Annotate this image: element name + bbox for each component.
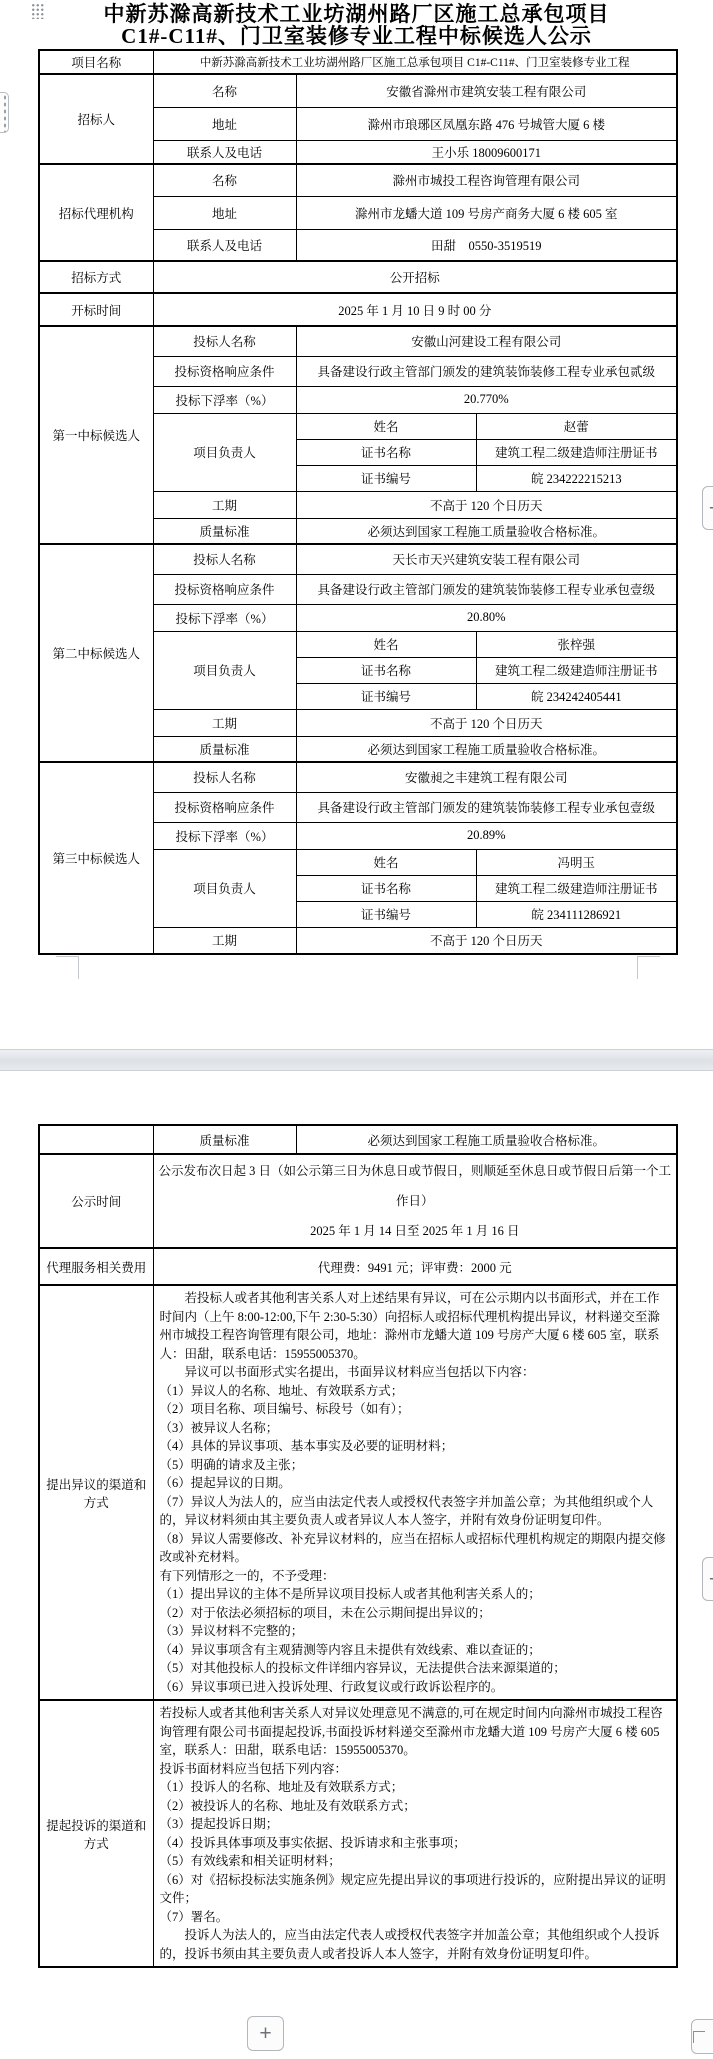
agency-contact-label: 联系人及电话 [153, 229, 296, 261]
candidate-1-cert-name-label: 证书名称 [296, 439, 476, 465]
candidate-2-quality-label: 质量标准 [153, 736, 296, 762]
candidate-1-qualification-value: 具备建设行政主管部门颁发的建筑装饰装修工程专业承包贰级 [296, 356, 677, 386]
tender-method-label: 招标方式 [39, 261, 153, 293]
tenderer-name-label: 名称 [153, 74, 296, 107]
candidate-3-cert-name-label: 证书名称 [296, 875, 476, 901]
candidate-3-discount-label: 投标下浮率（%） [153, 822, 296, 849]
candidate-2-cert-no-value: 皖 234242405441 [476, 683, 677, 709]
candidate-1-person-value: 赵蕾 [476, 413, 677, 439]
project-name-label: 项目名称 [39, 50, 153, 74]
candidate-3-discount-value: 20.89% [296, 822, 677, 849]
margin-mark [638, 956, 660, 957]
candidate-2-qualification-label: 投标资格响应条件 [153, 574, 296, 604]
agency-name-value: 滁州市城投工程咨询管理有限公司 [296, 164, 677, 196]
candidate-3-manager-label: 项目负责人 [153, 849, 296, 927]
candidate-3-cert-no-value: 皖 234111286921 [476, 901, 677, 927]
announcement-table-page1: 项目名称 中新苏滁高新技术工业坊湖州路厂区施工总承包项目 C1#-C11#、门卫… [38, 49, 678, 955]
candidate-2-cert-no-label: 证书编号 [296, 683, 476, 709]
publicity-period-value: 公示发布次日起 3 日（如公示第三日为休息日或节假日，则顺延至休息日或节假日后第… [153, 1154, 677, 1248]
zoom-in-button[interactable]: + [702, 1557, 713, 1601]
tenderer-label: 招标人 [39, 74, 153, 164]
candidate-1-discount-label: 投标下浮率（%） [153, 386, 296, 413]
candidate-1-bidder-value: 安徽山河建设工程有限公司 [296, 326, 677, 356]
candidate-2-duration-value: 不高于 120 个日历天 [296, 709, 677, 736]
candidate-3-cert-name-value: 建筑工程二级建造师注册证书 [476, 875, 677, 901]
agency-fees-value: 代理费：9491 元；评审费：2000 元 [153, 1248, 677, 1285]
candidate-2-person-value: 张梓强 [476, 631, 677, 657]
agency-name-label: 名称 [153, 164, 296, 196]
candidate-1-quality-label: 质量标准 [153, 518, 296, 544]
candidate-1-cert-no-value: 皖 234222215213 [476, 465, 677, 491]
candidate-1-cert-no-label: 证书编号 [296, 465, 476, 491]
page-1: 中新苏滁高新技术工业坊湖州路厂区施工总承包项目 C1#-C11#、门卫室装修专业… [0, 0, 713, 1049]
agency-label: 招标代理机构 [39, 164, 153, 261]
agency-address-label: 地址 [153, 196, 296, 229]
agency-contact-value: 田甜 0550-3519519 [296, 229, 677, 261]
objection-channel-text: 若投标人或者其他利害关系人对上述结果有异议，可在公示期内以书面形式，并在工作时间… [153, 1285, 677, 1700]
document-title: 中新苏滁高新技术工业坊湖州路厂区施工总承包项目 C1#-C11#、门卫室装修专业… [0, 0, 713, 47]
margin-mark [637, 956, 638, 979]
table-drag-handle-icon[interactable] [31, 3, 44, 19]
candidate-1-bidder-label: 投标人名称 [153, 326, 296, 356]
candidate-3-bidder-label: 投标人名称 [153, 762, 296, 792]
complaint-channel-label: 提起投诉的渠道和方式 [39, 1700, 153, 1967]
title-line-2: C1#-C11#、门卫室装修专业工程中标候选人公示 [0, 25, 713, 47]
candidate-2-label: 第二中标候选人 [39, 544, 153, 762]
candidate-3-quality-value: 必须达到国家工程施工质量验收合格标准。 [296, 1125, 677, 1154]
zoom-in-button[interactable]: + [702, 486, 713, 530]
candidate-3-quality-label: 质量标准 [153, 1125, 296, 1154]
announcement-table-page2: 质量标准 必须达到国家工程施工质量验收合格标准。 公示时间 公示发布次日起 3 … [38, 1124, 678, 1968]
tender-method-value: 公开招标 [153, 261, 677, 293]
tenderer-contact-label: 联系人及电话 [153, 140, 296, 164]
candidate-1-duration-label: 工期 [153, 491, 296, 518]
corner-bracket-icon [693, 2031, 705, 2043]
candidate-1-qualification-label: 投标资格响应条件 [153, 356, 296, 386]
candidate-3-label: 第三中标候选人 [39, 762, 153, 954]
tenderer-address-value: 滁州市琅琊区凤凰东路 476 号城管大厦 6 楼 [296, 107, 677, 140]
zoom-in-button[interactable]: + [247, 2016, 284, 2051]
candidate-2-bidder-value: 天长市天兴建筑安装工程有限公司 [296, 544, 677, 574]
margin-mark [78, 956, 79, 979]
agency-fees-label: 代理服务相关费用 [39, 1248, 153, 1285]
bid-opening-time-label: 开标时间 [39, 293, 153, 326]
candidate-3-cert-no-label: 证书编号 [296, 901, 476, 927]
candidate-1-manager-label: 项目负责人 [153, 413, 296, 491]
complaint-channel-text: 若投标人或者其他利害关系人对异议处理意见不满意的,可在规定时间内向滁州市城投工程… [153, 1700, 677, 1967]
page-separator [0, 1049, 713, 1071]
candidate-2-quality-value: 必须达到国家工程施工质量验收合格标准。 [296, 736, 677, 762]
candidate-2-cert-name-value: 建筑工程二级建造师注册证书 [476, 657, 677, 683]
tenderer-contact-value: 王小乐 18009600171 [296, 140, 677, 164]
candidate-2-bidder-label: 投标人名称 [153, 544, 296, 574]
candidate-2-discount-label: 投标下浮率（%） [153, 604, 296, 631]
tenderer-address-label: 地址 [153, 107, 296, 140]
candidate-1-quality-value: 必须达到国家工程施工质量验收合格标准。 [296, 518, 677, 544]
candidate-2-duration-label: 工期 [153, 709, 296, 736]
margin-mark [56, 956, 78, 957]
floating-panel-edge[interactable] [0, 92, 9, 133]
fit-page-button[interactable] [691, 2019, 713, 2054]
publicity-period-label: 公示时间 [39, 1154, 153, 1248]
candidate-3-person-value: 冯明玉 [476, 849, 677, 875]
candidate-2-manager-label: 项目负责人 [153, 631, 296, 709]
agency-address-value: 滁州市龙蟠大道 109 号房产商务大厦 6 楼 605 室 [296, 196, 677, 229]
candidate-3-qualification-value: 具备建设行政主管部门颁发的建筑装饰装修工程专业承包壹级 [296, 792, 677, 822]
candidate-1-person-label: 姓名 [296, 413, 476, 439]
project-name-value: 中新苏滁高新技术工业坊湖州路厂区施工总承包项目 C1#-C11#、门卫室装修专业… [153, 50, 677, 74]
title-line-1: 中新苏滁高新技术工业坊湖州路厂区施工总承包项目 [0, 3, 713, 25]
objection-channel-label: 提出异议的渠道和方式 [39, 1285, 153, 1700]
candidate-3-duration-value: 不高于 120 个日历天 [296, 927, 677, 954]
candidate-1-label: 第一中标候选人 [39, 326, 153, 544]
candidate-2-cert-name-label: 证书名称 [296, 657, 476, 683]
candidate-1-duration-value: 不高于 120 个日历天 [296, 491, 677, 518]
candidate-2-qualification-value: 具备建设行政主管部门颁发的建筑装饰装修工程专业承包壹级 [296, 574, 677, 604]
candidate-1-discount-value: 20.770% [296, 386, 677, 413]
page-2: 质量标准 必须达到国家工程施工质量验收合格标准。 公示时间 公示发布次日起 3 … [0, 1071, 713, 2059]
candidate-3-qualification-label: 投标资格响应条件 [153, 792, 296, 822]
document-canvas: { "title": { "line1": "中新苏滁高新技术工业坊湖州路厂区施… [0, 0, 713, 2059]
candidate-3-continued-cell [39, 1125, 153, 1154]
candidate-3-duration-label: 工期 [153, 927, 296, 954]
bid-opening-time-value: 2025 年 1 月 10 日 9 时 00 分 [153, 293, 677, 326]
candidate-2-person-label: 姓名 [296, 631, 476, 657]
candidate-3-person-label: 姓名 [296, 849, 476, 875]
candidate-1-cert-name-value: 建筑工程二级建造师注册证书 [476, 439, 677, 465]
candidate-3-bidder-value: 安徽昶之丰建筑工程有限公司 [296, 762, 677, 792]
candidate-2-discount-value: 20.80% [296, 604, 677, 631]
tenderer-name-value: 安徽省滁州市建筑安装工程有限公司 [296, 74, 677, 107]
